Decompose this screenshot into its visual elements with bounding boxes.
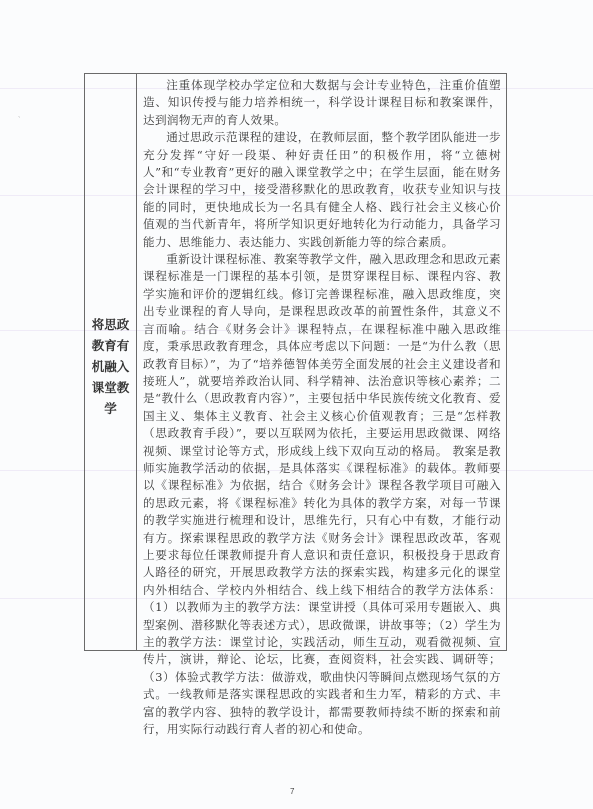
scan-speck: ˎ bbox=[18, 110, 20, 118]
paragraph-outcomes: 通过思政示范课程的建设，在教师层面，整个教学团队能进一步充分发挥“守好一段渠、种… bbox=[143, 129, 501, 251]
content-table: 将思政教育有机融入课堂教学 注重体现学校办学定位和大数据与会计专业特色，注重价值… bbox=[84, 73, 507, 651]
row-label-cell: 将思政教育有机融入课堂教学 bbox=[85, 74, 137, 650]
paragraph-intro: 注重体现学校办学定位和大数据与会计专业特色，注重价值塑造、知识传授与能力培养相统… bbox=[143, 77, 501, 129]
page-number: 7 bbox=[290, 787, 294, 796]
row-label: 将思政教育有机融入课堂教学 bbox=[91, 314, 131, 419]
row-content-cell: 注重体现学校办学定位和大数据与会计专业特色，注重价值塑造、知识传授与能力培养相统… bbox=[137, 74, 506, 650]
paragraph-methods: 重新设计课程标准、教案等教学文件，融入思政理念和思政元素课程标准是一门课程的基本… bbox=[143, 251, 501, 738]
